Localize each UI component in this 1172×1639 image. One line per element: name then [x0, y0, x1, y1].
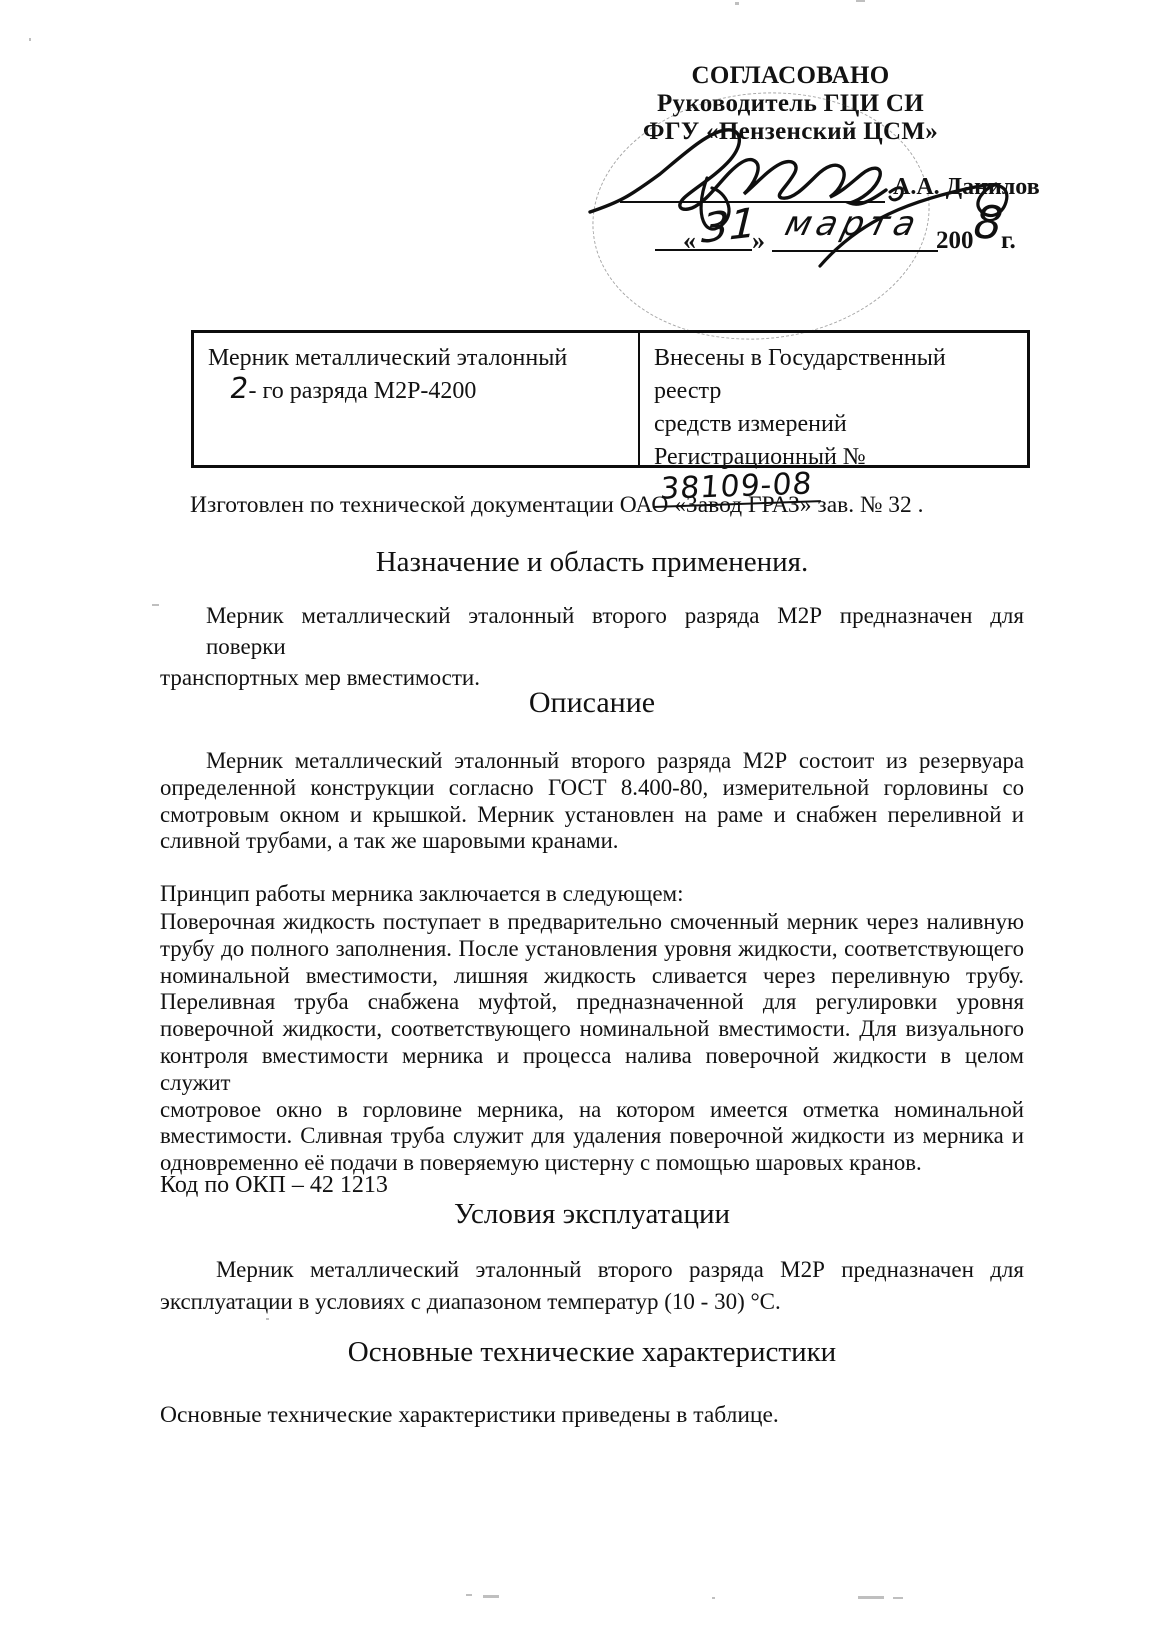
registration-box: Мерник металлический эталонный 2- го раз… — [191, 330, 1030, 468]
heading-specs: Основные технические характеристики — [160, 1336, 1024, 1369]
operating-paragraph: Мерник металлический эталонный второго р… — [160, 1254, 1024, 1317]
okp-code-line: Код по ОКП – 42 1213 — [160, 1172, 1024, 1199]
registry-cell: Внесены в Государственный реестр средств… — [640, 333, 1027, 465]
signatory-name: А.А. Данилов — [893, 174, 1040, 201]
text-line: Мерник металлический эталонный второго р… — [160, 1254, 1024, 1286]
text-line: Переливная труба снабжена муфтой, предна… — [160, 989, 1024, 1016]
heading-purpose: Назначение и область применения. — [160, 546, 1024, 579]
device-cell: Мерник металлический эталонный 2- го раз… — [194, 333, 640, 465]
year-suffix: г. — [1001, 227, 1016, 255]
date-day-line — [655, 249, 752, 251]
scan-artifact — [466, 1594, 472, 1596]
text-line: контроля вместимости мерника и процесса … — [160, 1043, 1024, 1097]
date-close-quote: » — [752, 226, 765, 256]
registry-line1: Внесены в Государственный реестр — [654, 342, 1019, 408]
purpose-paragraph: Мерник металлический эталонный второго р… — [160, 600, 1024, 693]
text-line: Поверочная жидкость поступает в предвари… — [160, 909, 1024, 936]
principle-paragraph: Поверочная жидкость поступает в предвари… — [160, 909, 1024, 1177]
text-line: смотровым окном и крышкой. Мерник устано… — [160, 802, 1024, 829]
text-line: смотровое окно в горловине мерника, на к… — [160, 1097, 1024, 1124]
text-line: определенной конструкции согласно ГОСТ 8… — [160, 775, 1024, 802]
scan-artifact — [893, 1597, 903, 1599]
handwritten-month: марта — [781, 204, 925, 244]
scan-artifact — [29, 38, 31, 41]
scan-artifact — [858, 1596, 884, 1599]
date-open-quote: « — [683, 226, 696, 256]
heading-operating-conditions: Условия эксплуатации — [160, 1198, 1024, 1231]
scan-artifact — [483, 1595, 499, 1598]
text-line: номинальной вместимости, лишняя жидкость… — [160, 963, 1024, 990]
device-name-line2: 2- го разряда М2Р-4200 — [208, 374, 628, 407]
text-line: сливной трубами, а так же шаровыми крана… — [160, 828, 1024, 855]
device-name-line2-rest: - го разряда М2Р-4200 — [248, 378, 476, 404]
text-line: поверочной жидкости, соответствующего но… — [160, 1016, 1024, 1043]
scan-artifact — [152, 604, 159, 606]
text-line: вместимости. Сливная труба служит для уд… — [160, 1123, 1024, 1150]
text-line: трубу до полного заполнения. После устан… — [160, 936, 1024, 963]
description-paragraph: Мерник металлический эталонный второго р… — [160, 748, 1024, 855]
principle-intro-line: Принцип работы мерника заключается в сле… — [160, 881, 1024, 907]
scan-artifact — [735, 2, 739, 5]
scan-artifact — [856, 0, 865, 2]
scan-artifact — [266, 1318, 269, 1320]
registry-line2: средств измерений — [654, 408, 1019, 441]
text-line: Мерник металлический эталонный второго р… — [160, 600, 1024, 662]
date-month-line — [772, 250, 938, 252]
text-line: эксплуатации в условиях с диапазоном тем… — [160, 1286, 1024, 1318]
text-line: Мерник металлический эталонный второго р… — [160, 748, 1024, 775]
registry-number-label: Регистрационный № — [654, 444, 866, 470]
scan-artifact — [712, 1597, 715, 1599]
specs-note-line: Основные технические характеристики прив… — [160, 1402, 1024, 1429]
scanned-document-page: СОГЛАСОВАНО Руководитель ГЦИ СИ ФГУ «Пен… — [0, 0, 1172, 1639]
manufactured-line: Изготовлен по технической документации О… — [160, 492, 1054, 519]
heading-description: Описание — [160, 686, 1024, 720]
device-name-line1: Мерник металлический эталонный — [208, 342, 628, 374]
